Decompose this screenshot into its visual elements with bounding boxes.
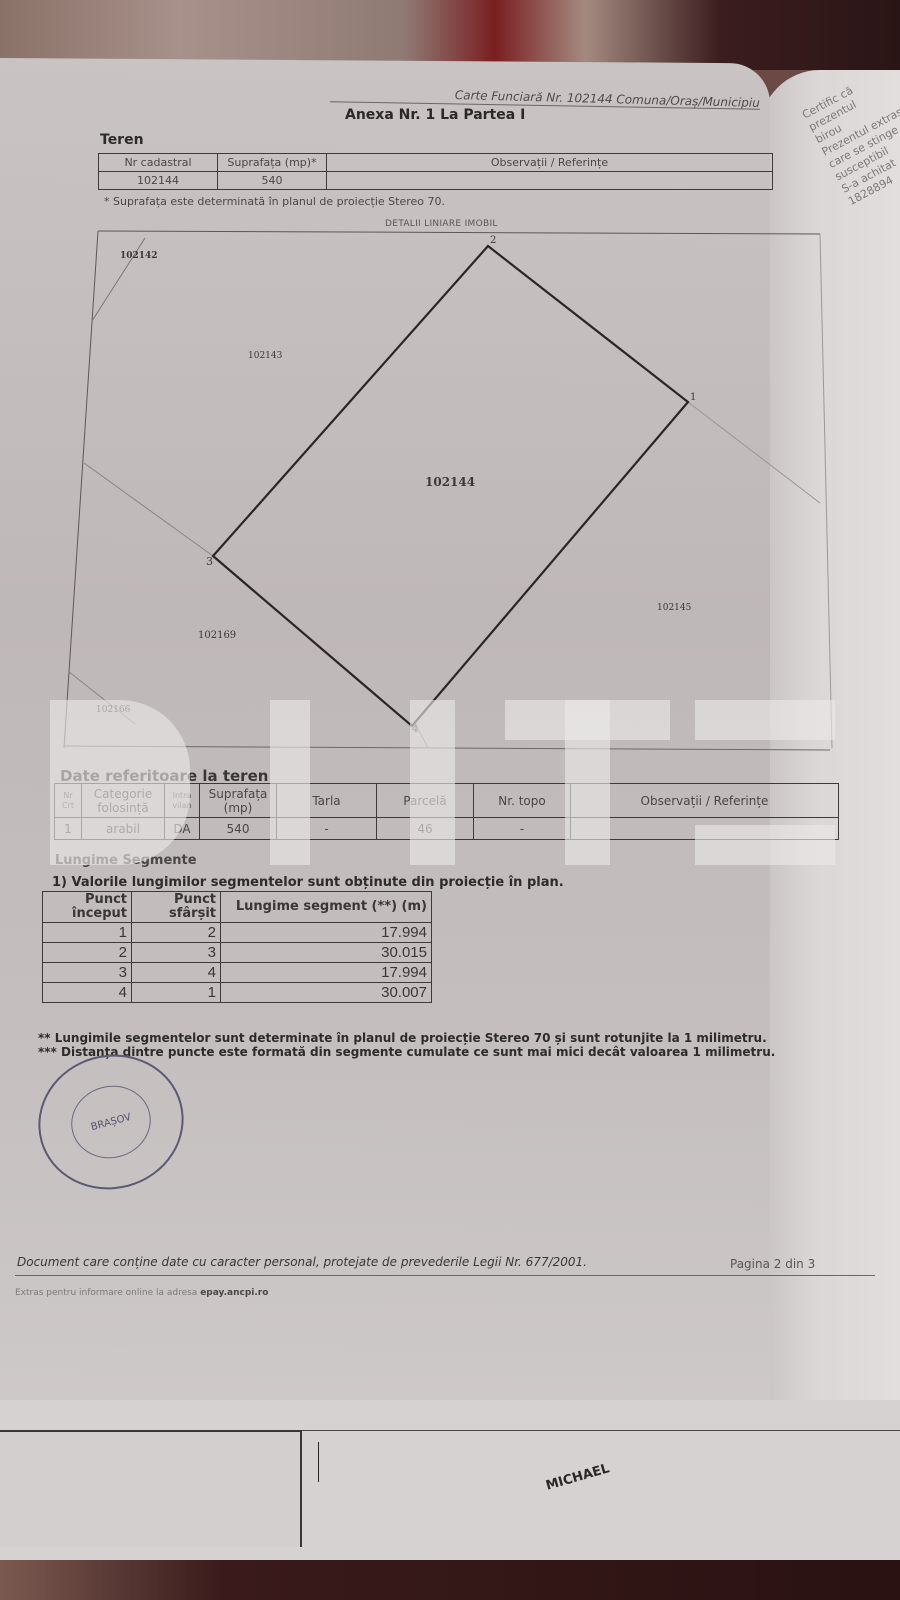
cell-sfarsit: 3 bbox=[132, 943, 221, 963]
cadastral-plan: 2 1 3 4 102144 102142 102143 102169 1021… bbox=[60, 228, 840, 753]
point-label-1: 1 bbox=[690, 392, 696, 403]
stamp-inner-ring: BRAȘOV bbox=[63, 1077, 159, 1167]
header-suprafata: Suprafața (mp)* bbox=[218, 154, 327, 172]
extras-prefix: Extras pentru informare online la adresa bbox=[15, 1288, 197, 1298]
teren-title: Teren bbox=[100, 132, 144, 148]
neighbor-102169: 102169 bbox=[198, 630, 236, 641]
watermark-letter-l bbox=[270, 700, 310, 865]
header-suprafata-mp: Suprafața (mp) bbox=[200, 784, 277, 818]
point-label-2: 2 bbox=[490, 235, 496, 246]
header-nr-cadastral: Nr cadastral bbox=[99, 154, 218, 172]
watermark-letter-t-stem bbox=[565, 700, 610, 865]
cell-sfarsit: 1 bbox=[132, 983, 221, 1003]
cell-suprafata: 540 bbox=[200, 818, 277, 840]
cell-inceput: 3 bbox=[43, 963, 132, 983]
lungime-subtitle: 1) Valorile lungimilor segmentelor sunt … bbox=[52, 875, 564, 890]
neighbor-102142: 102142 bbox=[120, 251, 158, 261]
header-observatii-referinte: Observații / Referințe bbox=[571, 784, 839, 818]
table-row: 1 2 17.994 bbox=[43, 923, 432, 943]
cell-inceput: 4 bbox=[43, 983, 132, 1003]
header-punct-sfarsit: Punct sfârșit bbox=[132, 892, 221, 923]
main-parcel-label: 102144 bbox=[425, 475, 475, 489]
header-punct-inceput: Punct început bbox=[43, 892, 132, 923]
cell-inceput: 1 bbox=[43, 923, 132, 943]
footnote-rounding: ** Lungimile segmentelor sunt determinat… bbox=[38, 1031, 767, 1045]
cell-sfarsit: 2 bbox=[132, 923, 221, 943]
cell-observatii bbox=[327, 172, 773, 190]
header-lungime-segment: Lungime segment (**) (m) bbox=[221, 892, 432, 923]
footnote-distance: *** Distanța dintre puncte este formată … bbox=[38, 1045, 775, 1059]
privacy-footer: Document care conține date cu caracter p… bbox=[17, 1255, 587, 1269]
table-row: 2 3 30.015 bbox=[43, 943, 432, 963]
neighbor-102145: 102145 bbox=[657, 603, 692, 613]
header-observatii: Observații / Referințe bbox=[327, 154, 773, 172]
cell-nr-topo: - bbox=[474, 818, 571, 840]
cell-lungime: 17.994 bbox=[221, 923, 432, 943]
teren-table: Nr cadastral Suprafața (mp)* Observații … bbox=[98, 153, 773, 190]
page-number: Pagina 2 din 3 bbox=[730, 1257, 815, 1271]
table-row: 3 4 17.994 bbox=[43, 963, 432, 983]
stamp-city: BRAȘOV bbox=[90, 1111, 133, 1132]
extras-line: Extras pentru informare online la adresa… bbox=[15, 1288, 268, 1298]
cell-nr-cadastral: 102144 bbox=[99, 172, 218, 190]
lungime-table: Punct început Punct sfârșit Lungime segm… bbox=[42, 891, 432, 1003]
cell-lungime: 30.007 bbox=[221, 983, 432, 1003]
extras-site: epay.ancpi.ro bbox=[200, 1288, 268, 1298]
background-bottom bbox=[0, 1560, 900, 1600]
table-row: 4 1 30.007 bbox=[43, 983, 432, 1003]
footer-rule bbox=[15, 1275, 875, 1276]
watermark-letter-i bbox=[410, 700, 455, 865]
cell-lungime: 17.994 bbox=[221, 963, 432, 983]
cell-inceput: 2 bbox=[43, 943, 132, 963]
watermark-letter-z-bottom bbox=[695, 825, 835, 865]
cell-suprafata: 540 bbox=[218, 172, 327, 190]
cell-lungime: 30.015 bbox=[221, 943, 432, 963]
neighbor-102143: 102143 bbox=[248, 351, 283, 361]
watermark-letter-b bbox=[50, 700, 190, 865]
pen-mark bbox=[318, 1442, 319, 1482]
suprafata-note: * Suprafața este determinată în planul d… bbox=[104, 195, 445, 208]
anexa-title: Anexa Nr. 1 La Partea I bbox=[345, 107, 525, 123]
point-label-3: 3 bbox=[206, 555, 213, 568]
cell-sfarsit: 4 bbox=[132, 963, 221, 983]
paper-flap bbox=[0, 1430, 302, 1547]
watermark-letter-z-top bbox=[695, 700, 835, 740]
header-nr-topo: Nr. topo bbox=[474, 784, 571, 818]
